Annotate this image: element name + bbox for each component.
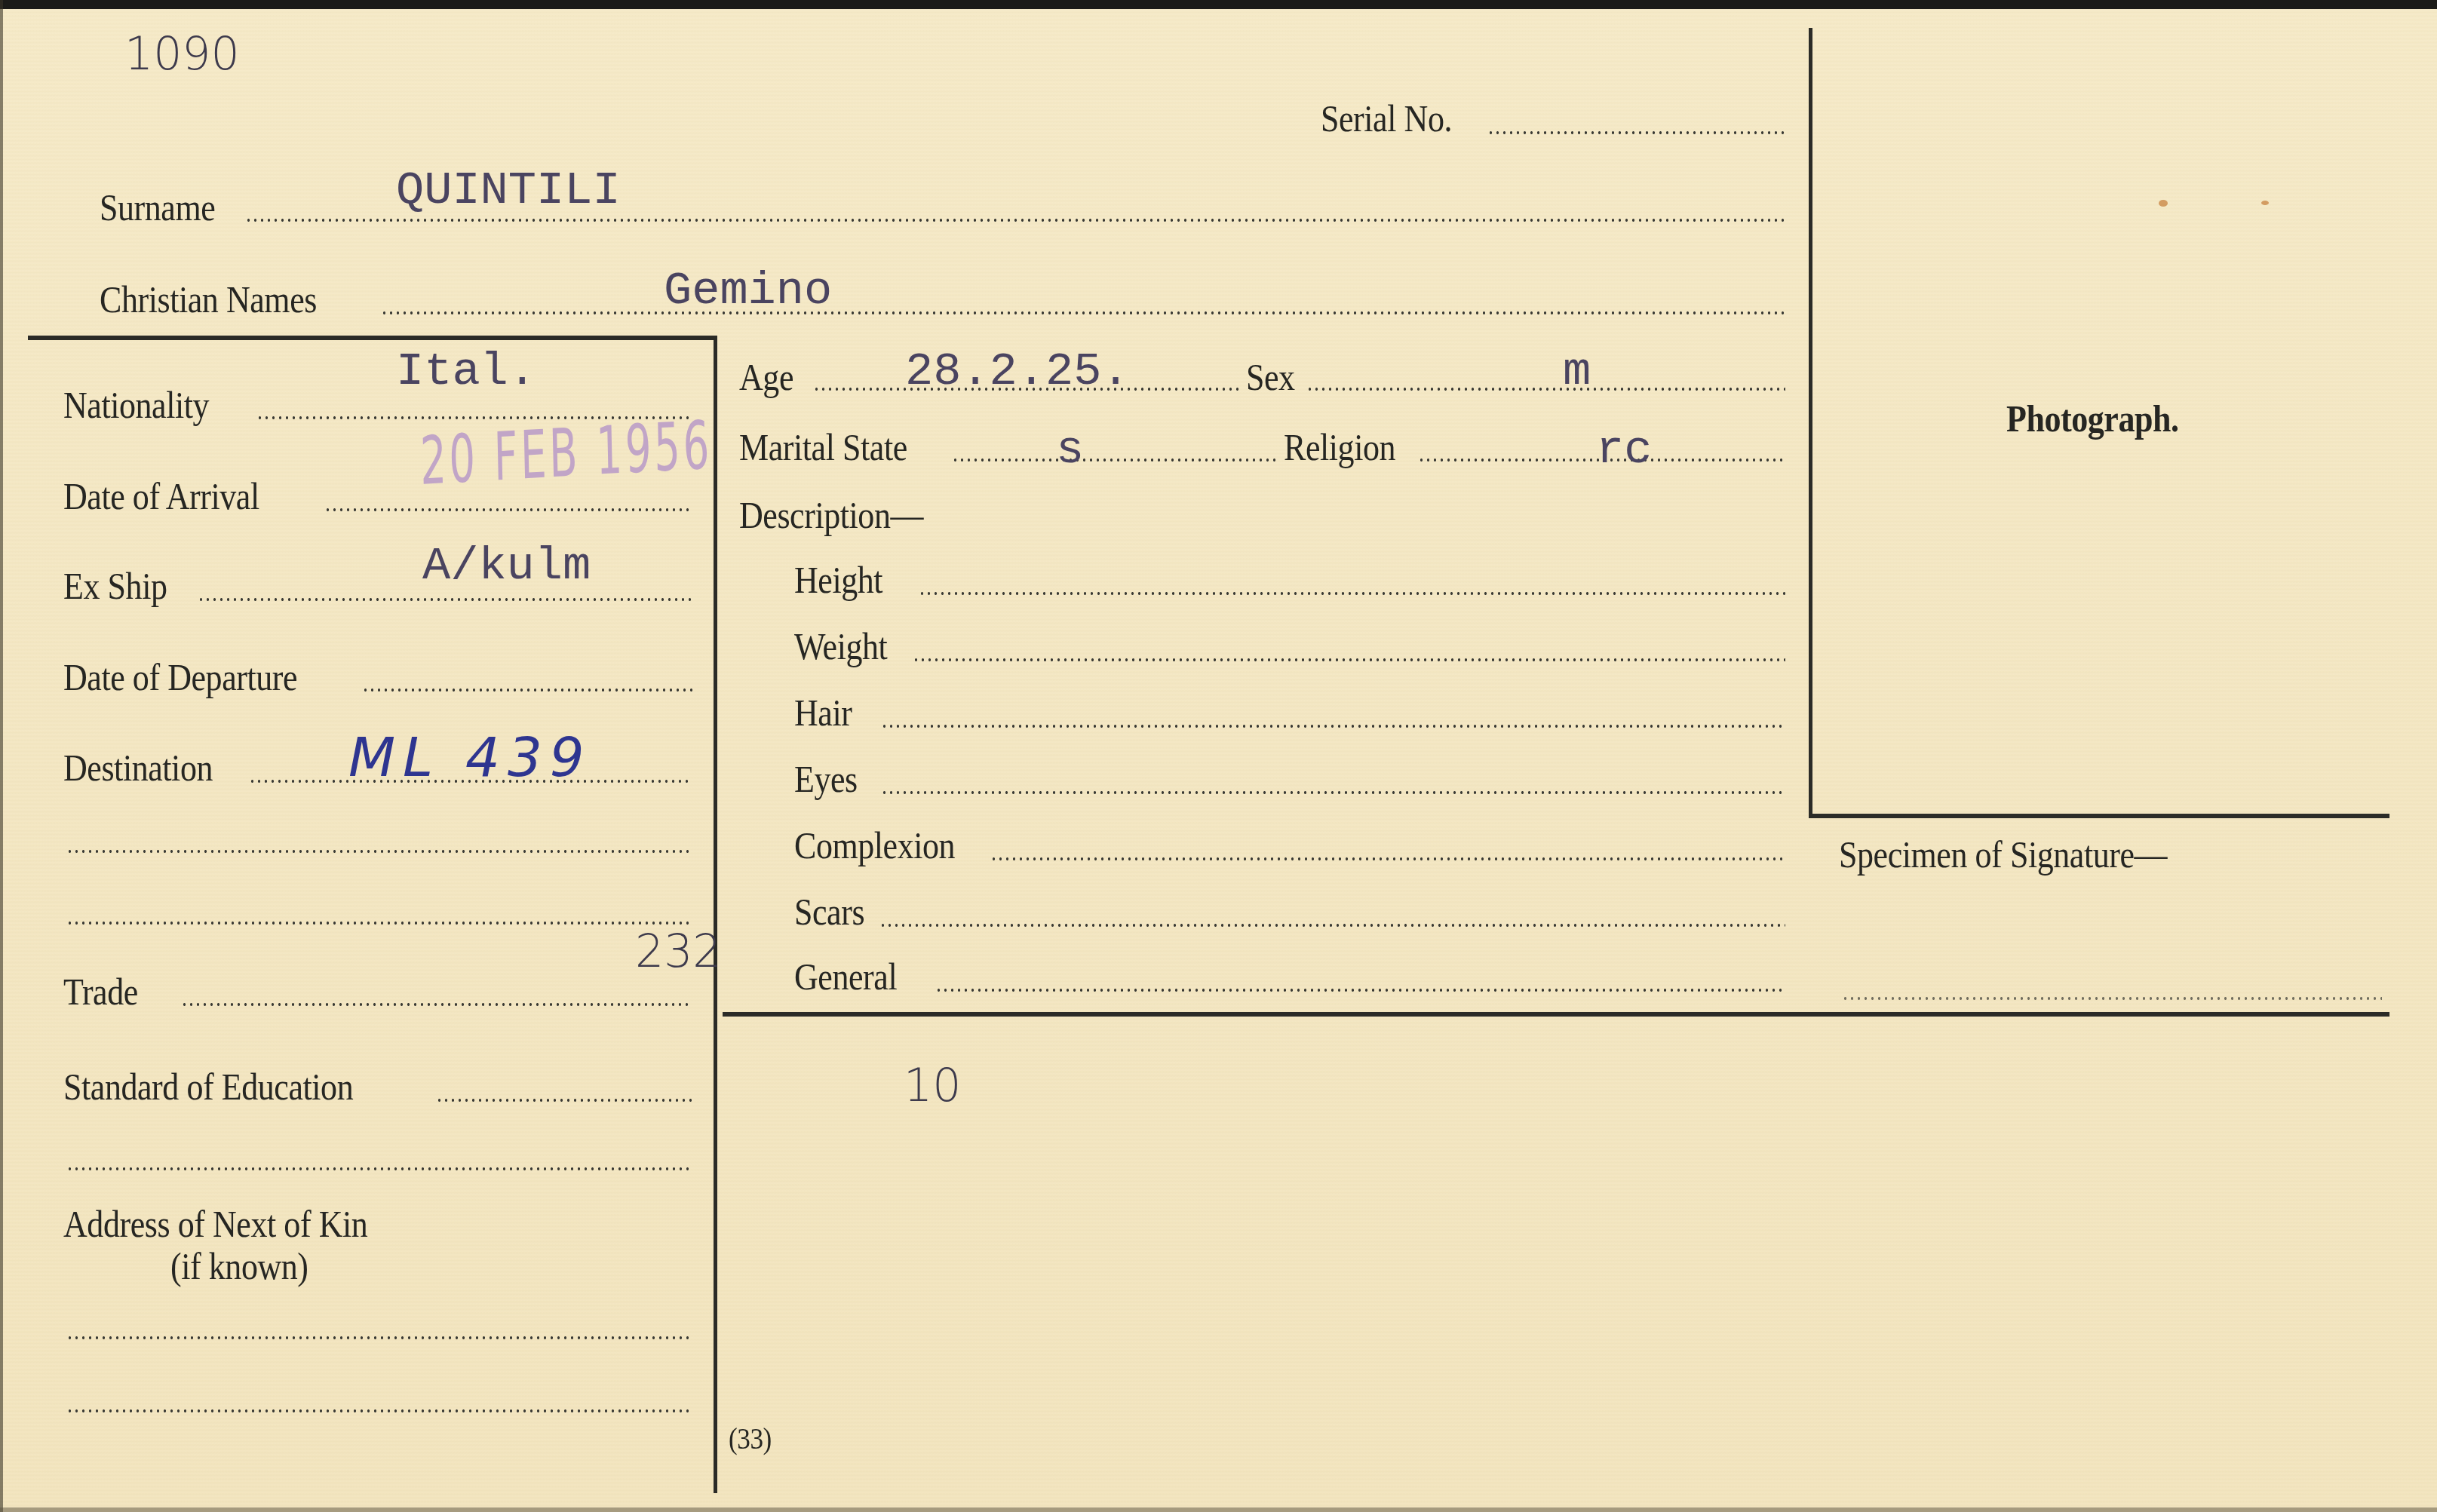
scars-field[interactable]: [879, 924, 1785, 927]
hair-label: Hair: [794, 694, 852, 731]
destination-extra-line-1[interactable]: [66, 850, 692, 853]
eyes-label: Eyes: [794, 760, 858, 798]
surname-value: QUINTILI: [396, 167, 621, 214]
serial-no-label: Serial No.: [1321, 100, 1452, 137]
weight-field[interactable]: [913, 658, 1785, 661]
education-extra-line[interactable]: [66, 1167, 692, 1170]
standard-of-education-label: Standard of Education: [63, 1068, 353, 1106]
signature-field[interactable]: [1842, 997, 2382, 1000]
trade-label: Trade: [63, 973, 138, 1011]
serial-no-field[interactable]: [1487, 131, 1785, 134]
description-label: Description—: [739, 496, 923, 534]
ex-ship-value: A/kulm: [422, 543, 591, 590]
marital-state-field[interactable]: [952, 459, 1276, 462]
date-of-arrival-field[interactable]: [324, 508, 692, 511]
date-of-departure-field[interactable]: [362, 689, 692, 692]
christian-names-field[interactable]: [381, 311, 1785, 314]
religion-value: rc: [1596, 427, 1652, 474]
age-label: Age: [739, 358, 793, 396]
sex-label: Sex: [1246, 358, 1295, 396]
rule-photo-left: [1809, 28, 1812, 818]
sex-field[interactable]: [1306, 388, 1785, 391]
scars-label: Scars: [794, 893, 864, 931]
card-top-edge: [0, 0, 2437, 9]
destination-extra-line-2[interactable]: [66, 922, 692, 925]
date-of-arrival-stamp: 20 FEB 1956: [419, 412, 713, 495]
eyes-field[interactable]: [881, 791, 1785, 794]
weight-label: Weight: [794, 627, 887, 665]
general-label: General: [794, 958, 897, 995]
notes-value: 10: [904, 1063, 961, 1109]
registration-card: 1090 Serial No. Surname QUINTILI Christi…: [0, 0, 2437, 1512]
ex-ship-label: Ex Ship: [63, 567, 167, 605]
next-of-kin-label: Address of Next of Kin: [63, 1205, 367, 1243]
religion-label: Religion: [1284, 428, 1395, 466]
christian-names-value: Gemino: [664, 268, 832, 314]
height-label: Height: [794, 561, 882, 599]
destination-label: Destination: [63, 749, 213, 787]
nationality-value: Ital.: [396, 348, 536, 395]
surname-label: Surname: [100, 189, 215, 226]
marital-state-label: Marital State: [739, 428, 907, 466]
next-of-kin-sublabel: (if known): [170, 1247, 308, 1285]
rust-stain: [2159, 200, 2168, 207]
rule-photo-bottom: [1809, 814, 2389, 818]
hair-field[interactable]: [881, 725, 1785, 728]
card-bottom-edge: [0, 1507, 2437, 1512]
complexion-label: Complexion: [794, 827, 955, 864]
sex-value: m: [1563, 348, 1591, 395]
form-code: (33): [729, 1424, 772, 1454]
standard-of-education-field[interactable]: [436, 1099, 692, 1102]
date-of-departure-label: Date of Departure: [63, 658, 297, 696]
destination-value: ML 439: [348, 730, 592, 784]
rust-stain: [2261, 201, 2269, 205]
nationality-label: Nationality: [63, 386, 209, 424]
marital-state-value: s: [1056, 427, 1084, 474]
christian-names-label: Christian Names: [100, 281, 317, 318]
height-field[interactable]: [919, 592, 1785, 595]
complexion-field[interactable]: [990, 857, 1785, 860]
general-field[interactable]: [935, 989, 1785, 992]
trade-field[interactable]: [181, 1003, 692, 1006]
trade-annotation: 232: [635, 929, 722, 974]
next-of-kin-line-1[interactable]: [66, 1336, 692, 1339]
date-of-arrival-label: Date of Arrival: [63, 477, 259, 515]
next-of-kin-line-2[interactable]: [66, 1409, 692, 1412]
photograph-area: [1814, 28, 2389, 814]
rule-top-left: [28, 336, 717, 340]
card-left-edge: [0, 0, 3, 1512]
card-number: 1090: [124, 32, 240, 77]
rule-column-divider: [714, 337, 717, 1493]
rule-description-bottom: [723, 1012, 2389, 1017]
ex-ship-field[interactable]: [198, 598, 692, 601]
age-value: 28.2.25.: [905, 348, 1130, 395]
signature-label: Specimen of Signature—: [1839, 836, 2167, 873]
surname-field[interactable]: [245, 219, 1785, 222]
